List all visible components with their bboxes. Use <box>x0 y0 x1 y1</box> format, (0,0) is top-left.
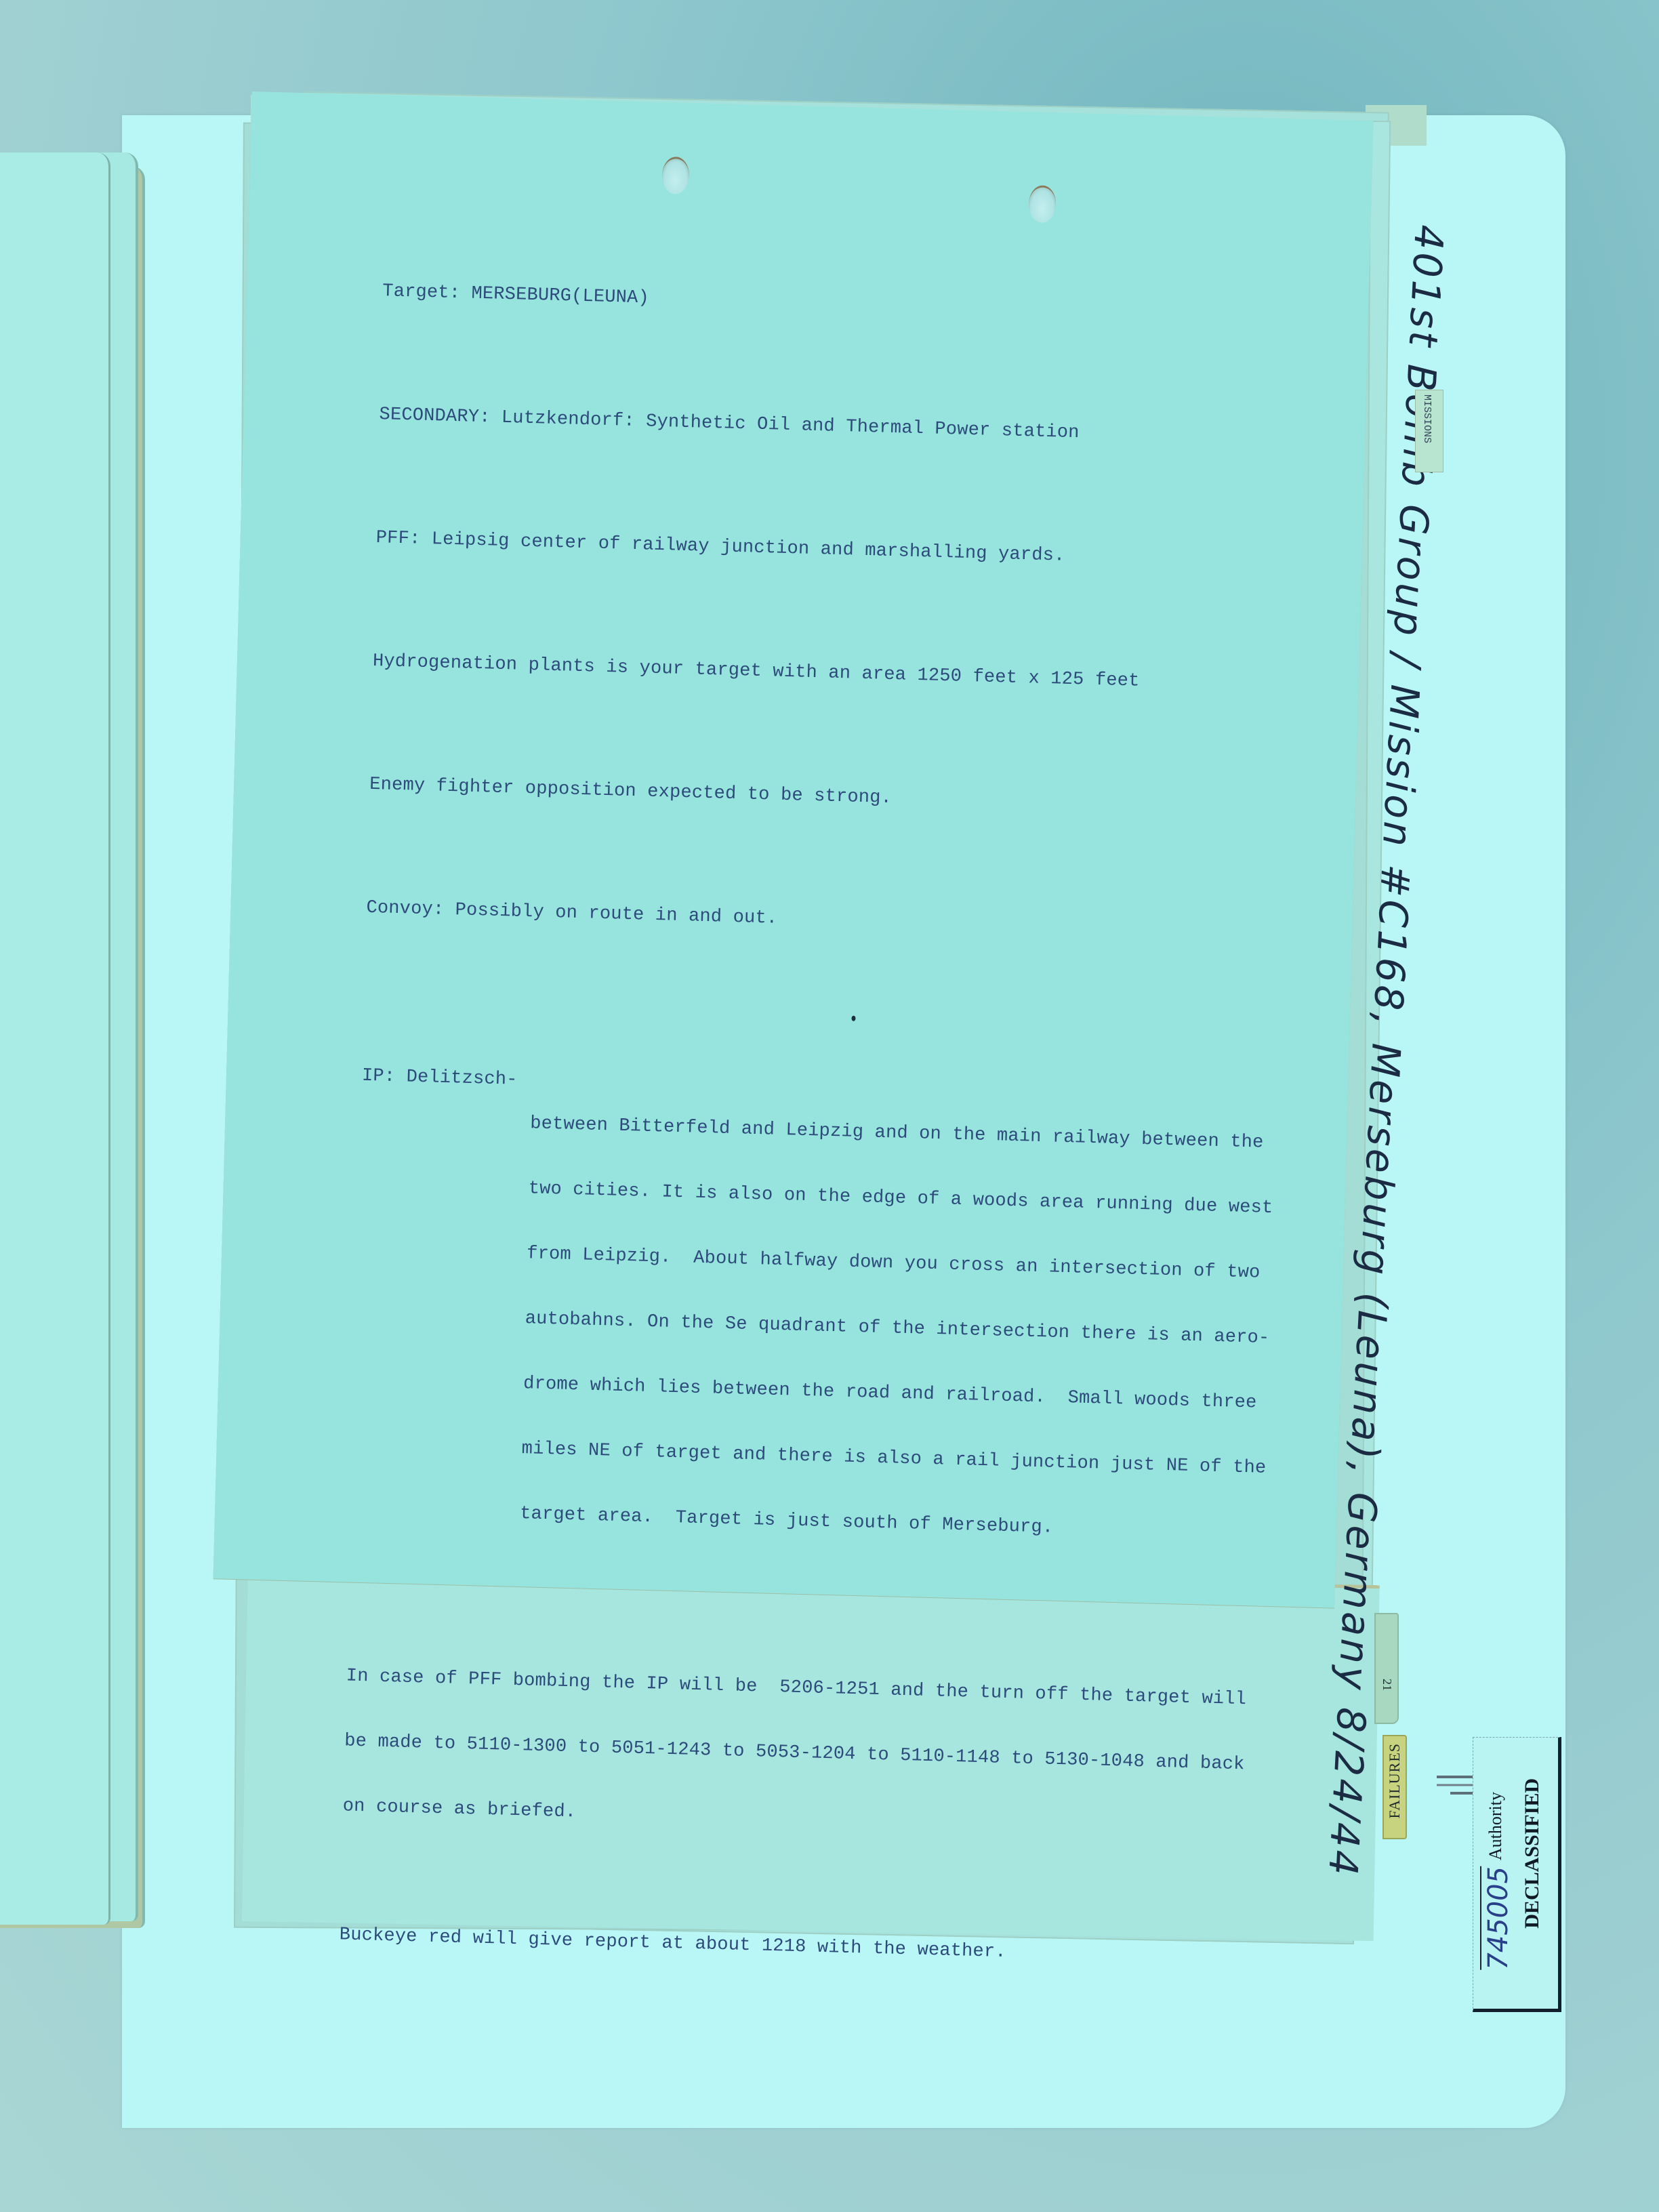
pff-case-line: on course as briefed. <box>342 1795 1305 1842</box>
ip-label: IP: Delitzsch- <box>349 1065 531 1568</box>
declassified-title: DECLASSIFIED <box>1521 1778 1544 1929</box>
briefing-page: Target: MERSEBURG(LEUNA) SECONDARY: Lutz… <box>213 91 1374 1608</box>
left-stack-top-sheet <box>0 152 110 1925</box>
authority-number: 745005 <box>1480 1866 1514 1970</box>
punch-hole-icon <box>1028 185 1056 223</box>
sticky-label: MISSIONS <box>1415 390 1443 472</box>
punch-hole-icon <box>661 157 689 194</box>
weather-report-line: Buckeye red will give report at about 12… <box>339 1924 1301 1971</box>
typed-briefing-text: Target: MERSEBURG(LEUNA) SECONDARY: Lutz… <box>338 237 1346 2014</box>
secondary-target-line: SECONDARY: Lutzkendorf: Synthetic Oil an… <box>379 404 1341 451</box>
enemy-opposition-line: Enemy fighter opposition expected to be … <box>369 774 1332 821</box>
target-line: Target: MERSEBURG(LEUNA) <box>382 281 1345 327</box>
failures-tab-label: FAILURES <box>1386 1743 1404 1819</box>
ip-description: between Bitterfeld and Leipzig and on th… <box>518 1069 1276 1588</box>
left-document-stack <box>0 152 156 1928</box>
pff-case-line: In case of PFF bombing the IP will be 52… <box>346 1665 1308 1712</box>
declassified-stamp: DECLASSIFIED Authority 745005 <box>1473 1737 1561 2012</box>
hydrogenation-line: Hydrogenation plants is your target with… <box>373 651 1335 697</box>
failures-tab[interactable]: FAILURES <box>1382 1735 1407 1839</box>
pff-case-line: be made to 5110-1300 to 5051-1243 to 505… <box>344 1730 1307 1777</box>
convoy-line: Convoy: Possibly on route in and out. <box>366 897 1328 944</box>
ip-paragraph: IP: Delitzsch- between Bitterfeld and Le… <box>349 1065 1324 1589</box>
pff-line: PFF: Leipsig center of railway junction … <box>375 527 1338 574</box>
authority-label: Authority <box>1486 1792 1506 1860</box>
divider-tab-label: 21 <box>1380 1679 1394 1691</box>
